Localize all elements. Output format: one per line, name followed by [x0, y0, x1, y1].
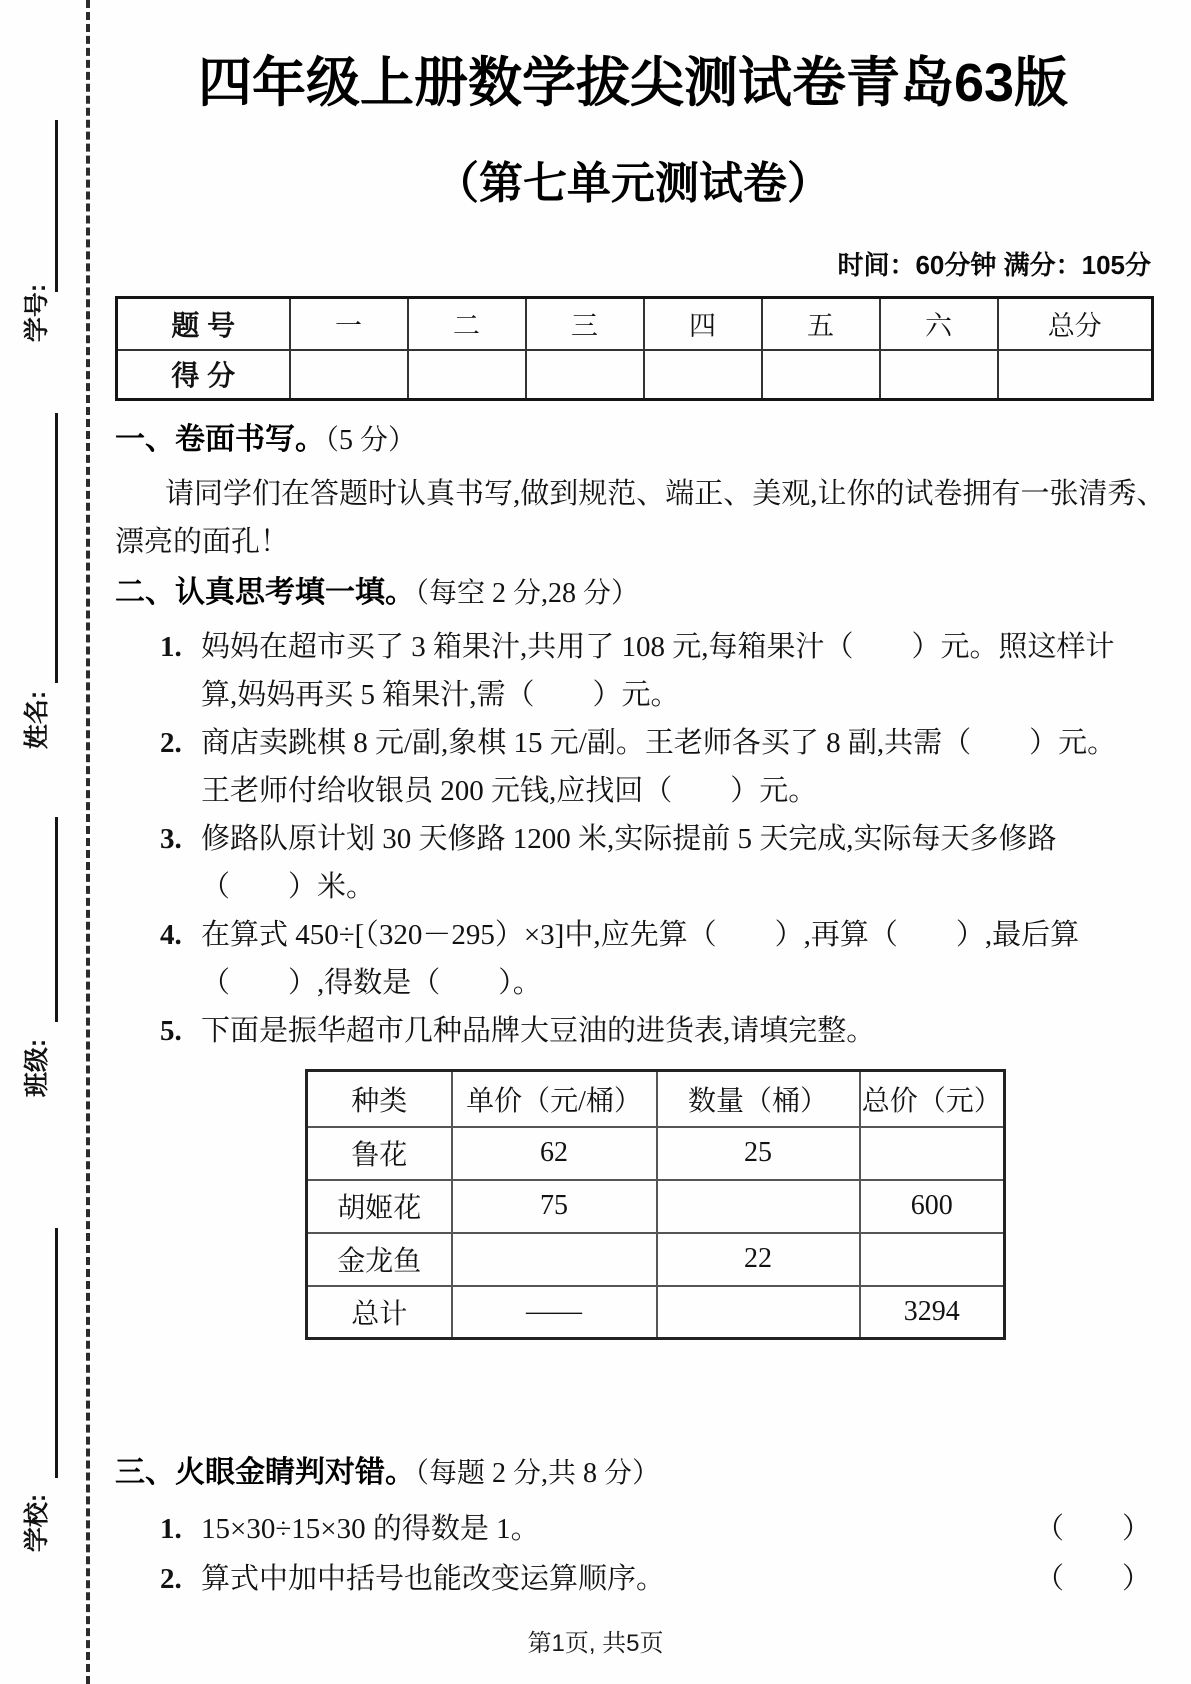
section1-heading: 一、卷面书写。（5 分）	[115, 423, 1151, 462]
question-number-label: 题 号	[117, 298, 290, 350]
section1-paragraph-line1: 请同学们在答题时认真书写,做到规范、端正、美观,让你的试卷拥有一张清秀、	[115, 478, 1151, 510]
question-text: 妈妈在超市买了 3 箱果汁,共用了 108 元,每箱果汁（ ）元。照这样计	[201, 631, 1115, 663]
question-text: 算式中加中括号也能改变运算顺序。	[201, 1563, 665, 1595]
class-blank-line	[55, 817, 58, 1022]
goods-cell: 25	[657, 1127, 860, 1180]
margin-dashed-rule	[86, 0, 90, 1684]
question-number: 1.	[160, 1513, 194, 1545]
goods-cell: 鲁花	[307, 1127, 452, 1180]
goods-header-type: 种类	[307, 1071, 452, 1127]
goods-cell-empty	[860, 1233, 1005, 1286]
score-col-5: 五	[762, 298, 880, 350]
goods-row-luhua: 鲁花 62 25	[307, 1127, 1005, 1180]
question-4-line-1: 4.在算式 450÷[（320－295）×3]中,应先算（ ）,再算（ ）,最后…	[115, 919, 1151, 951]
question-5-line-1: 5.下面是振华超市几种品牌大豆油的进货表,请填完整。	[115, 1015, 1151, 1047]
goods-cell: 22	[657, 1233, 860, 1286]
section3-title: 三、火眼金睛判对错。	[115, 1456, 415, 1489]
score-obtained-label: 得 分	[117, 350, 290, 400]
tf-question-left: 1.15×30÷15×30 的得数是 1。	[115, 1513, 540, 1545]
school-label: 学校:	[17, 1476, 53, 1570]
score-col-3: 三	[526, 298, 644, 350]
question-number: 3.	[160, 823, 194, 855]
goods-cell: 总计	[307, 1286, 452, 1339]
goods-header-total-price: 总价（元）	[860, 1071, 1005, 1127]
goods-purchase-table: 种类 单价（元/桶） 数量（桶） 总价（元） 鲁花 62 25 胡姬花 75 6…	[305, 1069, 1006, 1340]
score-cell-empty	[408, 350, 526, 400]
score-cell-empty	[644, 350, 762, 400]
question-text: 修路队原计划 30 天修路 1200 米,实际提前 5 天完成,实际每天多修路	[201, 823, 1057, 855]
section3-score: （每题 2 分,共 8 分）	[415, 1458, 660, 1489]
score-col-4: 四	[644, 298, 762, 350]
true-false-question-1: 1.15×30÷15×30 的得数是 1。 （ ）	[115, 1513, 1151, 1545]
section1-title: 一、卷面书写。	[115, 423, 325, 456]
question-text: 在算式 450÷[（320－295）×3]中,应先算（ ）,再算（ ）,最后算	[201, 919, 1079, 951]
page-number-footer: 第1页, 共5页	[0, 1623, 1191, 1658]
score-summary-table: 题 号 一 二 三 四 五 六 总分 得 分	[115, 296, 1154, 401]
question-3-line-1: 3.修路队原计划 30 天修路 1200 米,实际提前 5 天完成,实际每天多修…	[115, 823, 1151, 855]
score-cell-empty	[998, 350, 1153, 400]
score-col-2: 二	[408, 298, 526, 350]
goods-cell: 3294	[860, 1286, 1005, 1339]
question-number: 1.	[160, 631, 194, 663]
score-cell-empty	[880, 350, 998, 400]
question-text: 下面是振华超市几种品牌大豆油的进货表,请填完整。	[201, 1015, 875, 1047]
question-1-line-1: 1.妈妈在超市买了 3 箱果汁,共用了 108 元,每箱果汁（ ）元。照这样计	[115, 631, 1151, 663]
name-label: 姓名:	[17, 673, 53, 767]
tf-question-left: 2.算式中加中括号也能改变运算顺序。	[115, 1563, 665, 1595]
goods-cell-empty	[860, 1127, 1005, 1180]
tf-answer-brackets: （ ）	[1035, 1513, 1151, 1545]
goods-header-unit-price: 单价（元/桶）	[452, 1071, 657, 1127]
section2-title: 二、认真思考填一填。	[115, 576, 415, 609]
score-cell-empty	[762, 350, 880, 400]
question-number: 2.	[160, 727, 194, 759]
question-1-line-2: 算,妈妈再买 5 箱果汁,需（ ）元。	[115, 679, 1151, 711]
goods-row-jinlongyu: 金龙鱼 22	[307, 1233, 1005, 1286]
score-col-6: 六	[880, 298, 998, 350]
class-label: 班级:	[17, 1021, 53, 1115]
true-false-question-2: 2.算式中加中括号也能改变运算顺序。 （ ）	[115, 1563, 1151, 1595]
goods-header-quantity: 数量（桶）	[657, 1071, 860, 1127]
goods-cell-empty	[452, 1233, 657, 1286]
goods-row-total: 总计 —— 3294	[307, 1286, 1005, 1339]
test-paper-page: 学号: 姓名: 班级: 学校: 四年级上册数学拔尖测试卷青岛63版 （第七单元测…	[0, 0, 1191, 1684]
goods-cell: 金龙鱼	[307, 1233, 452, 1286]
student-number-blank-line	[55, 120, 58, 292]
question-number: 4.	[160, 919, 194, 951]
time-and-score-info: 时间：60分钟 满分：105分	[115, 250, 1151, 280]
score-table-header-row: 题 号 一 二 三 四 五 六 总分	[117, 298, 1153, 350]
question-2-line-2: 王老师付给收银员 200 元钱,应找回（ ）元。	[115, 775, 1151, 807]
section1-paragraph-line2: 漂亮的面孔！	[115, 526, 1151, 558]
question-text: 商店卖跳棋 8 元/副,象棋 15 元/副。王老师各买了 8 副,共需（ ）元。	[201, 727, 1116, 759]
score-cell-empty	[290, 350, 408, 400]
paper-subtitle: （第七单元测试卷）	[115, 158, 1151, 210]
question-text: 15×30÷15×30 的得数是 1。	[201, 1513, 540, 1545]
score-col-1: 一	[290, 298, 408, 350]
name-blank-line	[55, 413, 58, 683]
section3-heading: 三、火眼金睛判对错。（每题 2 分,共 8 分）	[115, 1456, 1151, 1495]
question-3-line-2: （ ）米。	[115, 871, 1151, 903]
goods-table-header-row: 种类 单价（元/桶） 数量（桶） 总价（元）	[307, 1071, 1005, 1127]
question-2-line-1: 2.商店卖跳棋 8 元/副,象棋 15 元/副。王老师各买了 8 副,共需（ ）…	[115, 727, 1151, 759]
student-number-label: 学号:	[17, 266, 53, 360]
question-4-line-2: （ ）,得数是（ ）。	[115, 967, 1151, 999]
section2-score: （每空 2 分,28 分）	[415, 578, 639, 609]
section2-heading: 二、认真思考填一填。（每空 2 分,28 分）	[115, 576, 1151, 615]
score-cell-empty	[526, 350, 644, 400]
section1-score: （5 分）	[325, 425, 416, 456]
goods-cell: 胡姬花	[307, 1180, 452, 1233]
question-number: 2.	[160, 1563, 194, 1595]
question-number: 5.	[160, 1015, 194, 1047]
paper-content: 四年级上册数学拔尖测试卷青岛63版 （第七单元测试卷） 时间：60分钟 满分：1…	[115, 0, 1151, 1595]
goods-cell: 75	[452, 1180, 657, 1233]
score-col-total: 总分	[998, 298, 1153, 350]
goods-cell: 62	[452, 1127, 657, 1180]
goods-cell-empty	[657, 1286, 860, 1339]
goods-cell: 600	[860, 1180, 1005, 1233]
school-blank-line	[55, 1228, 58, 1478]
tf-answer-brackets: （ ）	[1035, 1563, 1151, 1595]
goods-cell-empty	[657, 1180, 860, 1233]
goods-row-hujihua: 胡姬花 75 600	[307, 1180, 1005, 1233]
goods-cell-dash: ——	[452, 1286, 657, 1339]
score-table-score-row: 得 分	[117, 350, 1153, 400]
paper-title: 四年级上册数学拔尖测试卷青岛63版	[115, 52, 1151, 114]
